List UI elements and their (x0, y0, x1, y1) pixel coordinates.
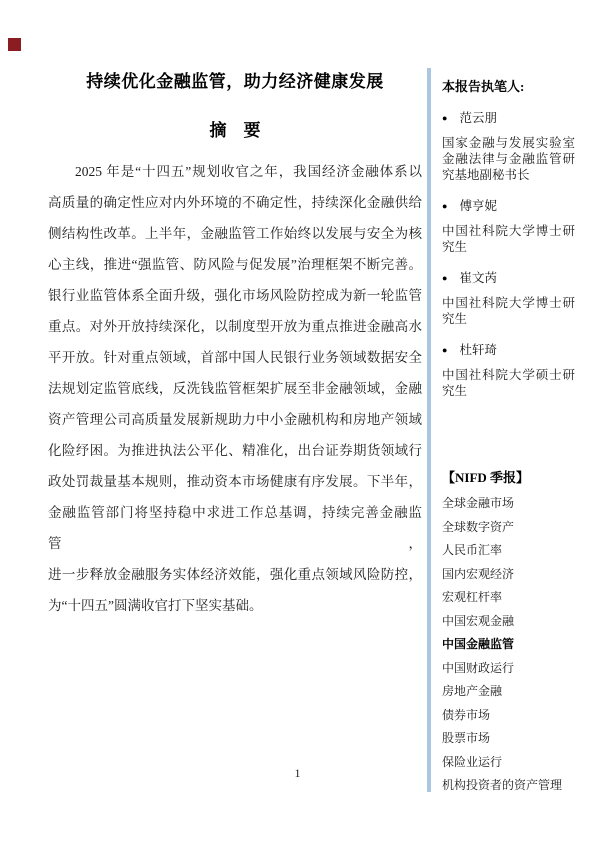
report-page: 持续优化金融监管，助力经济健康发展 摘 要 2025 年是“十四五”规划收官之年… (0, 0, 595, 841)
author-name-label: 杜轩琦 (459, 343, 497, 357)
author-block: ●范云朋 国家金融与发展实验室金融法律与金融监管研究基地副秘书长 (442, 108, 575, 183)
paragraph-line: 化险纾困。为推进执法公平化、精准化，出台证券期货领域行 (48, 435, 422, 466)
series-item: 债券市场 (442, 709, 575, 722)
author-affiliation: 中国社科院大学硕士研究生 (442, 367, 575, 399)
series-item-current: 中国金融监管 (442, 638, 575, 651)
paragraph-line: 侧结构性改革。上半年，金融监管工作始终以发展与安全为核 (48, 218, 422, 249)
series-header: 【NIFD 季报】 (442, 467, 575, 486)
paragraph-line: 资产管理公司高质量发展新规助力中小金融机构和房地产领域 (48, 404, 422, 435)
bullet-icon: ● (442, 273, 447, 283)
author-name: ●傅亨妮 (442, 196, 575, 214)
author-name: ●杜轩琦 (442, 340, 575, 358)
author-name: ●崔文芮 (442, 268, 575, 286)
paragraph-line: 法规划定监管底线，反洗钱监管框架扩展至非金融领域，金融 (48, 373, 422, 404)
paragraph-line: 重点。对外开放持续深化，以制度型开放为重点推进金融高水 (48, 311, 422, 342)
series-item: 国内宏观经济 (442, 568, 575, 581)
series-item: 中国财政运行 (442, 662, 575, 675)
paragraph-line: 政处罚裁量基本规则，推动资本市场健康有序发展。下半年， (48, 466, 422, 497)
writers-header: 本报告执笔人: (442, 68, 575, 95)
red-square-logo (8, 38, 21, 51)
series-item: 房地产金融 (442, 685, 575, 698)
abstract-paragraph: 2025 年是“十四五”规划收官之年，我国经济金融体系以 高质量的确定性应对内外… (48, 156, 422, 621)
series-item: 全球金融市场 (442, 497, 575, 510)
paragraph-line: 心主线，推进“强监管、防风险与促发展”治理框架不断完善。 (48, 249, 422, 280)
author-affiliation: 中国社科院大学博士研究生 (442, 223, 575, 255)
main-column: 持续优化金融监管，助力经济健康发展 摘 要 2025 年是“十四五”规划收官之年… (48, 70, 422, 621)
author-block: ●崔文芮 中国社科院大学博士研究生 (442, 268, 575, 327)
bullet-icon: ● (442, 201, 447, 211)
author-name-label: 范云朋 (459, 111, 497, 125)
author-affiliation: 中国社科院大学博士研究生 (442, 295, 575, 327)
series-item: 宏观杠杆率 (442, 591, 575, 604)
paragraph-line: 金融监管部门将坚持稳中求进工作总基调，持续完善金融监管， (48, 497, 422, 559)
sidebar: 本报告执笔人: ●范云朋 国家金融与发展实验室金融法律与金融监管研究基地副秘书长… (427, 68, 575, 792)
page-number: 1 (0, 766, 595, 781)
paragraph-line: 进一步释放金融服务实体经济效能，强化重点领域风险防控， (48, 559, 422, 590)
paragraph-line: 为“十四五”圆满收官打下坚实基础。 (48, 590, 422, 621)
paragraph-line: 银行业监管体系全面升级，强化市场风险防控成为新一轮监管 (48, 280, 422, 311)
series-item: 人民币汇率 (442, 544, 575, 557)
author-block: ●杜轩琦 中国社科院大学硕士研究生 (442, 340, 575, 399)
bullet-icon: ● (442, 345, 447, 355)
paragraph-line: 平开放。针对重点领域，首部中国人民银行业务领域数据安全 (48, 342, 422, 373)
paragraph-line: 高质量的确定性应对内外环境的不确定性，持续深化金融供给 (48, 187, 422, 218)
author-affiliation: 国家金融与发展实验室金融法律与金融监管研究基地副秘书长 (442, 135, 575, 183)
series-item: 全球数字资产 (442, 521, 575, 534)
abstract-heading: 摘 要 (48, 116, 422, 141)
series-item: 中国宏观金融 (442, 615, 575, 628)
series-list: 全球金融市场 全球数字资产 人民币汇率 国内宏观经济 宏观杠杆率 中国宏观金融 … (442, 497, 575, 792)
bullet-icon: ● (442, 113, 447, 123)
author-name: ●范云朋 (442, 108, 575, 126)
page-title: 持续优化金融监管，助力经济健康发展 (48, 70, 422, 94)
paragraph-line: 2025 年是“十四五”规划收官之年，我国经济金融体系以 (48, 156, 422, 187)
series-item: 股票市场 (442, 732, 575, 745)
author-name-label: 傅亨妮 (459, 199, 497, 213)
author-block: ●傅亨妮 中国社科院大学博士研究生 (442, 196, 575, 255)
author-name-label: 崔文芮 (459, 271, 497, 285)
